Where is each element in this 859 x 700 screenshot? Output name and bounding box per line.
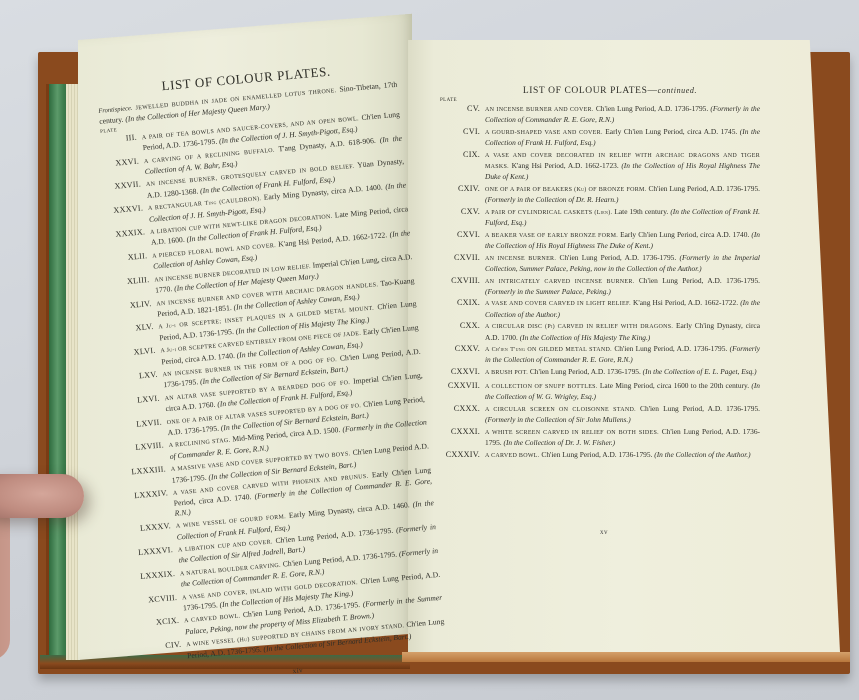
plate-number: XLIII. bbox=[113, 274, 156, 298]
plate-number: CXXX. bbox=[440, 404, 485, 424]
plate-subject: A VASE AND COVER CARVED IN LIGHT RELIEF. bbox=[485, 301, 631, 307]
plate-number: XLII. bbox=[111, 251, 154, 275]
plate-description: A BRUSH POT. Ch'ien Lung Period, A.D. 17… bbox=[485, 367, 760, 378]
plate-subject: AN INCENSE BURNER AND COVER. bbox=[485, 107, 594, 113]
plate-period: Early Ch'ien Lung Period, circa A.D. 174… bbox=[605, 127, 737, 136]
plate-number: LXVI. bbox=[123, 393, 166, 417]
plate-number: CXXVI. bbox=[440, 367, 485, 378]
plate-period: Early Ch'ien Lung Period, circa A.D. 174… bbox=[620, 230, 749, 239]
plate-entry: CV.AN INCENSE BURNER AND COVER. Ch'ien L… bbox=[440, 104, 760, 124]
plate-period: Ch'ien Lung Period, A.D. 1736-1795. bbox=[541, 450, 652, 459]
plate-description: A COLLECTION OF SNUFF BOTTLES. Late Ming… bbox=[485, 381, 760, 401]
plate-entry: CXXX.A CIRCULAR SCREEN ON CLOISONNE STAN… bbox=[440, 404, 760, 424]
plate-description: A Ch'ien T'ung ON GILDED METAL STAND. Ch… bbox=[485, 344, 760, 364]
plate-entry: CXIX.A VASE AND COVER CARVED IN LIGHT RE… bbox=[440, 298, 760, 318]
plate-subject: A WHITE SCREEN CARVED IN RELIEF ON BOTH … bbox=[485, 430, 659, 436]
plate-provenance: (In the Collection of Dr. J. W. Fisher.) bbox=[504, 438, 616, 447]
plate-period: Ch'ien Lung Period, A.D. 1736-1795. bbox=[648, 184, 760, 193]
frontispiece-label: Frontispiece. bbox=[98, 105, 133, 115]
plate-description: A CIRCULAR SCREEN ON CLOISONNE STAND. Ch… bbox=[485, 404, 760, 424]
plate-period: Ch'ien Lung Period, A.D. 1736-1795. bbox=[614, 344, 727, 353]
page-number: xv bbox=[600, 528, 608, 536]
plate-number: XLIV. bbox=[115, 298, 158, 322]
plate-number: CXX. bbox=[440, 321, 485, 341]
plate-period: Ch'ien Lung Period, A.D. 1736-1795. bbox=[530, 367, 641, 376]
plate-number: XLVI. bbox=[119, 346, 162, 370]
plate-provenance: (In the Collection of the Author.) bbox=[654, 450, 750, 459]
plate-number: LXV. bbox=[121, 369, 164, 393]
plate-period: Ch'ien Lung Period, A.D. 1736-1795. bbox=[559, 253, 676, 262]
plate-subject: A Ch'ien T'ung ON GILDED METAL STAND. bbox=[485, 347, 612, 353]
plate-entry: CXX.A CIRCULAR DISC (Pi) CARVED IN RELIE… bbox=[440, 321, 760, 341]
plate-period: K'ang Hsi Period, A.D. 1662-1723. bbox=[512, 161, 619, 170]
plate-subject: A BRUSH POT. bbox=[485, 370, 528, 376]
plate-description: ONE OF A PAIR OF BEAKERS (Ku) OF BRONZE … bbox=[485, 184, 760, 204]
plate-number: LXXXIX. bbox=[139, 568, 182, 592]
plate-entry: CXVII.AN INCENSE BURNER. Ch'ien Lung Per… bbox=[440, 253, 760, 273]
plate-entry: CXXXI.A WHITE SCREEN CARVED IN RELIEF ON… bbox=[440, 427, 760, 447]
plate-description: AN INCENSE BURNER AND COVER. Ch'ien Lung… bbox=[485, 104, 760, 124]
plate-number: XXVI. bbox=[103, 156, 146, 180]
plate-number: CXVI. bbox=[440, 230, 485, 250]
plate-provenance: (Formerly in the Summer Palace, Peking.) bbox=[485, 287, 611, 296]
plate-number: LXXXVI. bbox=[137, 545, 180, 569]
plate-subject: ONE OF A PAIR OF BEAKERS (Ku) OF BRONZE … bbox=[485, 187, 646, 193]
plate-number: LXVIII. bbox=[127, 440, 170, 464]
page-title-continued: LIST OF COLOUR PLATES—continued. bbox=[460, 86, 760, 96]
plate-period: Ch'ien Lung Period, A.D. 1736-1795. bbox=[639, 276, 760, 285]
plate-description: A CARVED BOWL. Ch'ien Lung Period, A.D. … bbox=[485, 450, 760, 461]
plate-description: AN INCENSE BURNER. Ch'ien Lung Period, A… bbox=[485, 253, 760, 273]
plate-number: XXXIX. bbox=[109, 227, 152, 251]
plate-number: XXVII. bbox=[105, 179, 148, 203]
plate-number: XCIX. bbox=[143, 616, 186, 640]
plate-description: A BEAKER VASE OF EARLY BRONZE FORM. Earl… bbox=[485, 230, 760, 250]
plate-number: CXXVII. bbox=[440, 381, 485, 401]
plate-description: A PAIR OF CYLINDRICAL CASKETS (Lien). La… bbox=[485, 207, 760, 227]
open-book-photo: LIST OF COLOUR PLATES. Frontispiece. JEW… bbox=[0, 0, 859, 700]
plate-entry: CXVIII.AN INTRICATELY CARVED INCENSE BUR… bbox=[440, 276, 760, 296]
plate-column-label: PLATE bbox=[440, 98, 760, 103]
plate-period: Late 19th century. bbox=[614, 207, 668, 216]
plate-number: CXV. bbox=[440, 207, 485, 227]
plate-description: A WHITE SCREEN CARVED IN RELIEF ON BOTH … bbox=[485, 427, 760, 447]
plate-number: LXVII. bbox=[125, 417, 168, 441]
plate-number: XLV. bbox=[117, 322, 160, 346]
plate-entry: CXXVII.A COLLECTION OF SNUFF BOTTLES. La… bbox=[440, 381, 760, 401]
plate-number: CV. bbox=[440, 104, 485, 124]
left-page-content: LIST OF COLOUR PLATES. Frontispiece. JEW… bbox=[96, 58, 448, 688]
plate-period: Late Ming Period, circa 1600 to the 20th… bbox=[600, 381, 749, 390]
plate-number: CXXXIV. bbox=[440, 450, 485, 461]
plate-subject: A COLLECTION OF SNUFF BOTTLES. bbox=[485, 384, 598, 390]
plate-period: K'ang Hsi Period, A.D. 1662-1722. bbox=[633, 298, 738, 307]
plate-number: CIX. bbox=[440, 150, 485, 182]
plate-number: CXIV. bbox=[440, 184, 485, 204]
right-page-content: LIST OF COLOUR PLATES—continued. PLATE C… bbox=[440, 86, 760, 463]
plate-subject: A BEAKER VASE OF EARLY BRONZE FORM. bbox=[485, 233, 618, 239]
plate-provenance: (In the Collection of His Majesty The Ki… bbox=[520, 333, 651, 342]
plate-entry: CXXXIV.A CARVED BOWL. Ch'ien Lung Period… bbox=[440, 450, 760, 461]
plate-number: CVI. bbox=[440, 127, 485, 147]
plate-description: A VASE AND COVER DECORATED IN RELIEF WIT… bbox=[485, 150, 760, 182]
plate-number: LXXXIII. bbox=[130, 464, 173, 488]
plate-subject: A GOURD-SHAPED VASE AND COVER. bbox=[485, 130, 603, 136]
plate-provenance: (Formerly in the Collection of Dr. R. He… bbox=[485, 195, 618, 204]
plate-list: Frontispiece. JEWELLED BUDDHA IN JADE ON… bbox=[98, 80, 446, 664]
plate-subject: A CIRCULAR SCREEN ON CLOISONNE STAND. bbox=[485, 407, 636, 413]
plate-number: LXXXV. bbox=[135, 521, 178, 545]
finger bbox=[0, 474, 84, 518]
plate-entry: CXIV.ONE OF A PAIR OF BEAKERS (Ku) OF BR… bbox=[440, 184, 760, 204]
plate-entry: CIX.A VASE AND COVER DECORATED IN RELIEF… bbox=[440, 150, 760, 182]
plate-list: CV.AN INCENSE BURNER AND COVER. Ch'ien L… bbox=[440, 104, 760, 461]
plate-number: LXXXIV. bbox=[132, 488, 175, 522]
plate-number: XCVIII. bbox=[141, 592, 184, 616]
right-cover-edge bbox=[402, 652, 850, 662]
plate-description: A CIRCULAR DISC (Pi) CARVED IN RELIEF WI… bbox=[485, 321, 760, 341]
plate-entry: CVI.A GOURD-SHAPED VASE AND COVER. Early… bbox=[440, 127, 760, 147]
plate-description: A VASE AND COVER CARVED IN LIGHT RELIEF.… bbox=[485, 298, 760, 318]
plate-number: CXXXI. bbox=[440, 427, 485, 447]
title-text: LIST OF COLOUR PLATES— bbox=[523, 86, 658, 96]
plate-subject: A PAIR OF CYLINDRICAL CASKETS (Lien). bbox=[485, 210, 612, 216]
plate-description: A GOURD-SHAPED VASE AND COVER. Early Ch'… bbox=[485, 127, 760, 147]
plate-description: AN INTRICATELY CARVED INCENSE BURNER. Ch… bbox=[485, 276, 760, 296]
plate-number: CIV. bbox=[145, 640, 188, 664]
plate-provenance: (In the Collection of E. L. Paget, Esq.) bbox=[643, 367, 757, 376]
plate-period: Ch'ien Lung Period, A.D. 1736-1795. bbox=[596, 104, 708, 113]
plate-number: CXVII. bbox=[440, 253, 485, 273]
hand-palm bbox=[0, 500, 10, 660]
plate-subject: AN INCENSE BURNER. bbox=[485, 256, 556, 262]
plate-entry: CXVI.A BEAKER VASE OF EARLY BRONZE FORM.… bbox=[440, 230, 760, 250]
plate-entry: CXXVI.A BRUSH POT. Ch'ien Lung Period, A… bbox=[440, 367, 760, 378]
plate-number: III. bbox=[101, 132, 144, 156]
plate-provenance: (Formerly in the Collection of Sir John … bbox=[485, 415, 631, 424]
plate-subject: A CIRCULAR DISC (Pi) CARVED IN RELIEF WI… bbox=[485, 324, 673, 330]
plate-subject: A CARVED BOWL. bbox=[485, 453, 540, 459]
plate-period: Ch'ien Lung Period, A.D. 1736-1795. bbox=[640, 404, 760, 413]
plate-entry: CXV.A PAIR OF CYLINDRICAL CASKETS (Lien)… bbox=[440, 207, 760, 227]
plate-subject: AN INTRICATELY CARVED INCENSE BURNER. bbox=[485, 279, 634, 285]
plate-number: CXXV. bbox=[440, 344, 485, 364]
plate-number: CXIX. bbox=[440, 298, 485, 318]
plate-number: XXXVI. bbox=[107, 203, 150, 227]
title-suffix: continued. bbox=[658, 86, 698, 95]
plate-entry: CXXV.A Ch'ien T'ung ON GILDED METAL STAN… bbox=[440, 344, 760, 364]
plate-number: CXVIII. bbox=[440, 276, 485, 296]
